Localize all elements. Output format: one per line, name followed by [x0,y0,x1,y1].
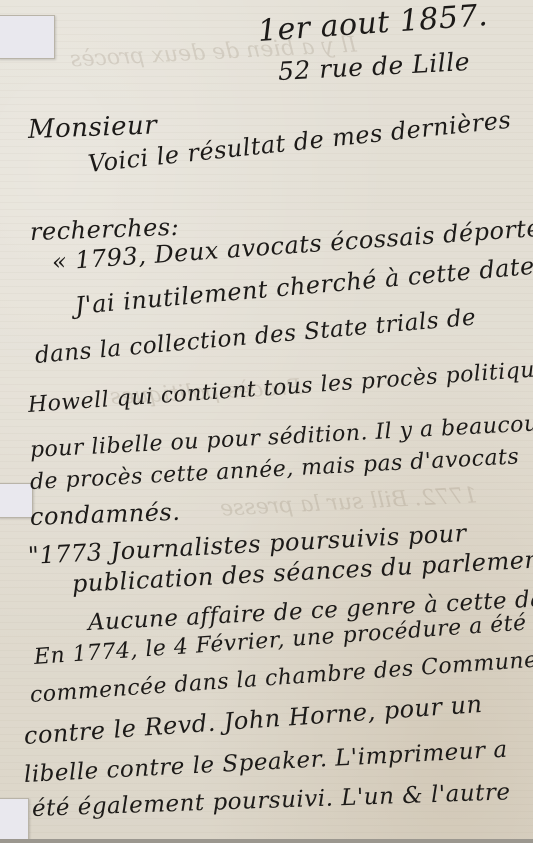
mounting-tab-middle [0,483,33,518]
mounting-tab-top [0,15,55,59]
letter-line: condamnés. [30,498,181,531]
page-bottom-edge [0,839,533,843]
letter-date: 1er aout 1857. [257,0,489,49]
letter-page: Il y a bien de deux procès Procès politi… [0,0,533,843]
letter-line: été également poursuivi. L'un & l'autre [32,779,511,822]
letter-line: Howell qui contient tous les procès poli… [27,356,533,418]
bleed-through-text: 1772. Bill sur la presse [220,483,479,521]
mounting-tab-bottom [0,798,29,842]
letter-address: 52 rue de Lille [277,47,470,86]
salutation: Monsieur [27,110,157,144]
